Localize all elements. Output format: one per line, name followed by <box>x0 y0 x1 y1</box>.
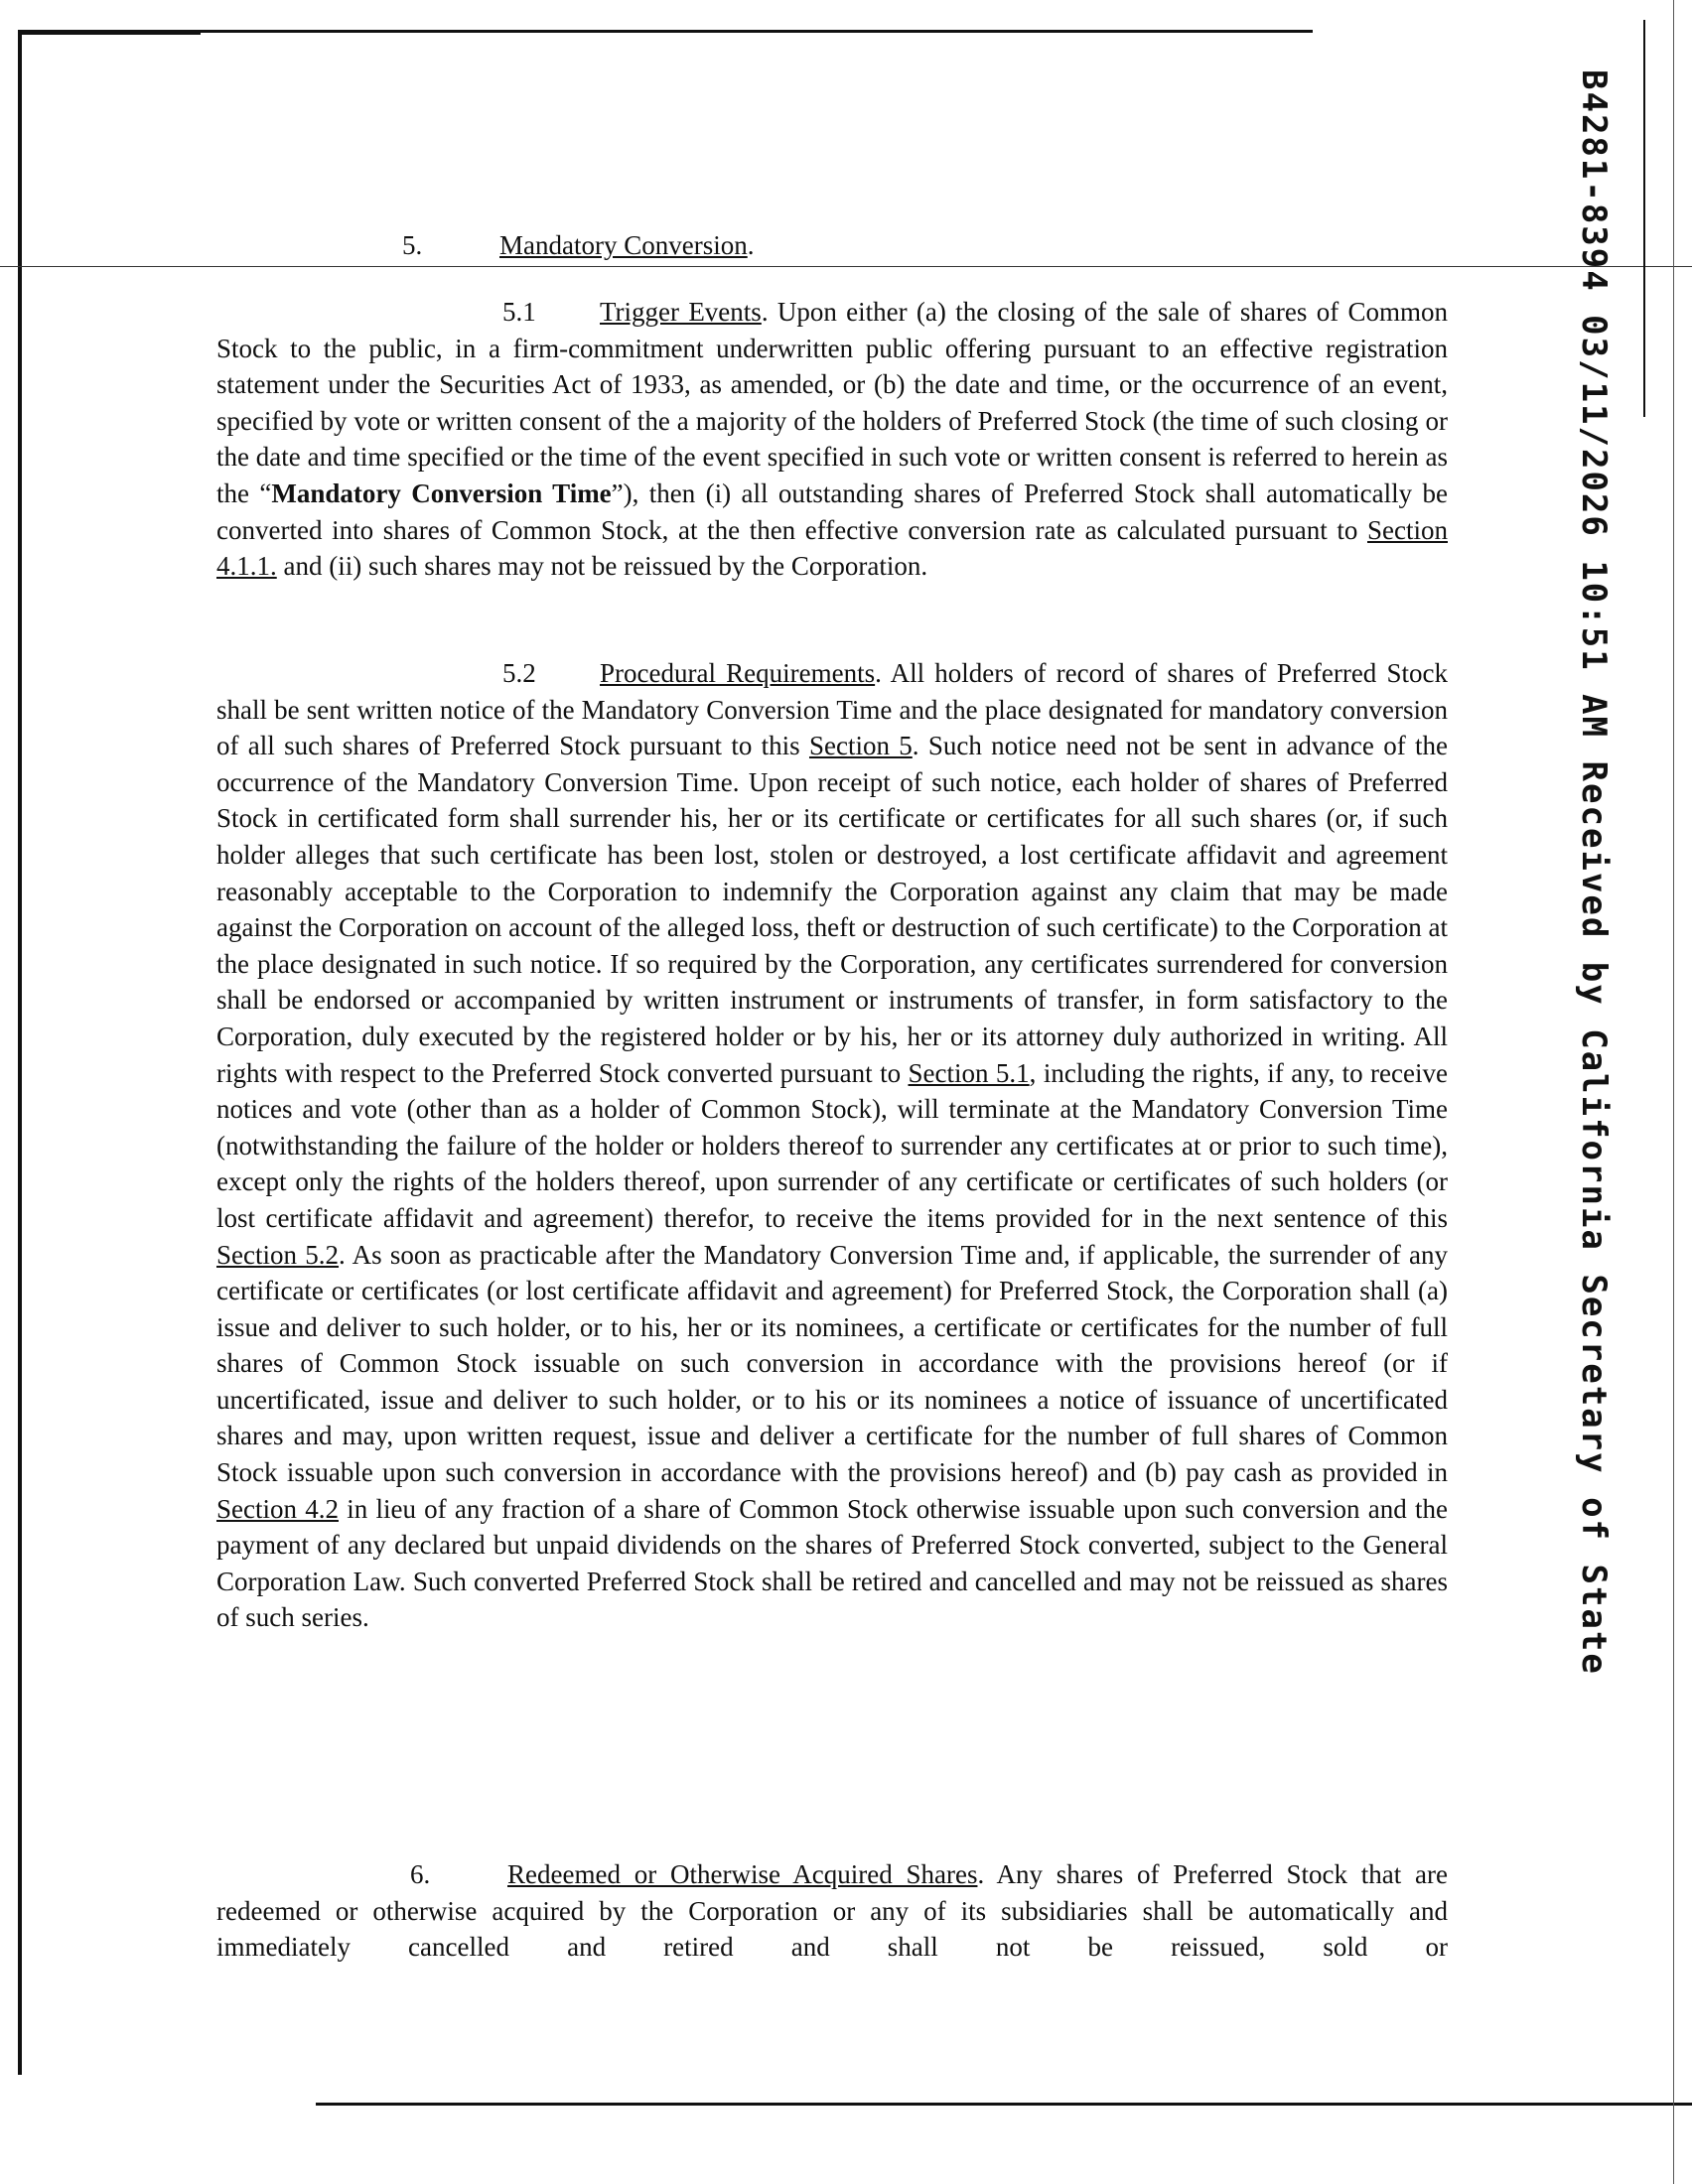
paragraph-text: . As soon as practicable after the Manda… <box>216 1240 1448 1488</box>
section-5-heading: 5.Mandatory Conversion. <box>402 227 754 263</box>
scan-border-bottom <box>316 2103 1692 2106</box>
section-5-1: 5.1Trigger Events. Upon either (a) the c… <box>216 294 1448 585</box>
scan-border-top <box>22 30 1313 33</box>
section-number: 5.2 <box>216 655 600 692</box>
section-5-2-paragraph: 5.2Procedural Requirements. All holders … <box>216 655 1448 1636</box>
paragraph-text: in lieu of any fraction of a share of Co… <box>216 1494 1448 1633</box>
section-5-2: 5.2Procedural Requirements. All holders … <box>216 655 1448 1636</box>
section-title: Redeemed or Otherwise Acquired Shares <box>507 1859 977 1889</box>
cross-reference: Section 5.1 <box>909 1058 1030 1088</box>
filing-stamp: B4281-8394 03/11/2026 10:51 AM Received … <box>1574 69 1614 1676</box>
section-number: 6. <box>216 1856 507 1893</box>
section-title: Mandatory Conversion <box>499 230 748 260</box>
section-number: 5. <box>402 227 499 263</box>
page-edge-right <box>1673 0 1674 2184</box>
scan-artifact-rule <box>0 266 1692 267</box>
paragraph-text: . Such notice need not be sent in advanc… <box>216 731 1448 1087</box>
paragraph-text: and (ii) such shares may not be reissued… <box>277 551 927 581</box>
cross-reference: Section 5 <box>809 731 913 760</box>
cross-reference: Section 4.2 <box>216 1494 339 1524</box>
section-title: Procedural Requirements <box>600 658 875 688</box>
section-5-1-paragraph: 5.1Trigger Events. Upon either (a) the c… <box>216 294 1448 585</box>
cross-reference: Section 5.2 <box>216 1240 339 1270</box>
section-6-paragraph: 6.Redeemed or Otherwise Acquired Shares.… <box>216 1856 1448 1966</box>
scan-border-left <box>18 30 22 2075</box>
scan-border-right <box>1643 20 1645 417</box>
section-title: Trigger Events <box>600 297 762 327</box>
section-number: 5.1 <box>216 294 600 331</box>
section-title-suffix: . <box>748 230 755 260</box>
scan-border-top-thick <box>22 33 201 35</box>
defined-term: Mandatory Conversion Time <box>271 478 611 508</box>
section-6: 6.Redeemed or Otherwise Acquired Shares.… <box>216 1856 1448 1966</box>
